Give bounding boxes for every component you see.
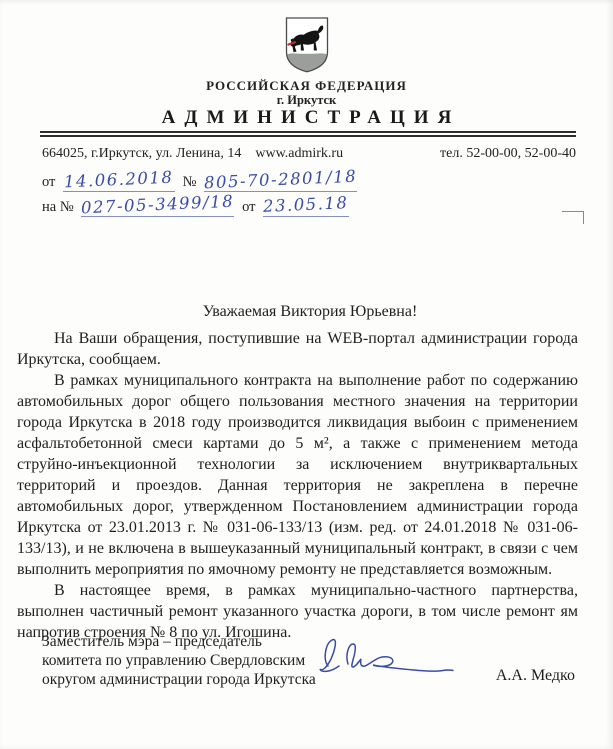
incoming-number-field: 027-05-3499/18 [81,196,234,217]
organization-title: АДМИНИСТРАЦИЯ [0,107,613,129]
paragraph: На Ваши обращения, поступившие на WEB-по… [17,328,578,370]
outgoing-date-field: 14.06.2018 [63,171,175,192]
incoming-date-field: 23.05.18 [263,196,348,217]
outgoing-date-value: 14.06.2018 [64,168,174,192]
website-link[interactable]: www.admirk.ru [255,146,343,161]
paragraph: В рамках муниципального контракта на вып… [17,370,578,580]
city-title: г. Иркутск [0,93,613,108]
incoming-number-value: 027-05-3499/18 [81,192,235,218]
reply-date-label: от [242,199,255,215]
incoming-reference-line: на № 027-05-3499/18 от 23.05.18 [42,196,353,217]
country-title: РОССИЙСКАЯ ФЕДЕРАЦИЯ [0,78,613,94]
irkutsk-coat-of-arms-icon [284,16,330,79]
contact-row: 664025, г.Иркутск, ул. Ленина, 14www.adm… [42,146,576,162]
address-text: 664025, г.Иркутск, ул. Ленина, 14 [42,146,241,161]
outgoing-number-field: 805-70-2801/18 [204,171,357,192]
outgoing-number-value: 805-70-2801/18 [204,167,358,193]
salutation: Уважаемая Виктория Юрьевна! [40,303,580,321]
signer-position: Заместитель мэра – председатель комитета… [42,632,316,689]
reply-label: на № [42,199,74,215]
outgoing-reference-line: от 14.06.2018 № 805-70-2801/18 [42,171,361,192]
signer-position-line: комитета по управлению Свердловским [42,651,316,670]
signer-position-line: Заместитель мэра – председатель [42,632,316,651]
scanned-letter-page: РОССИЙСКАЯ ФЕДЕРАЦИЯ г. Иркутск АДМИНИСТ… [0,0,613,749]
number-label: № [183,174,197,190]
double-rule-divider [40,131,576,137]
signer-position-line: округом администрации города Иркутска [42,670,316,689]
handwritten-signature-icon [312,626,457,689]
phone-numbers: тел. 52-00-00, 52-00-40 [440,146,576,162]
incoming-date-value: 23.05.18 [263,193,349,216]
postal-address: 664025, г.Иркутск, ул. Ленина, 14www.adm… [42,146,357,162]
addressee-corner-mark [562,211,584,224]
letter-body: На Ваши обращения, поступившие на WEB-по… [17,328,578,643]
from-label: от [42,174,55,190]
signer-name: А.А. Медко [496,667,575,685]
